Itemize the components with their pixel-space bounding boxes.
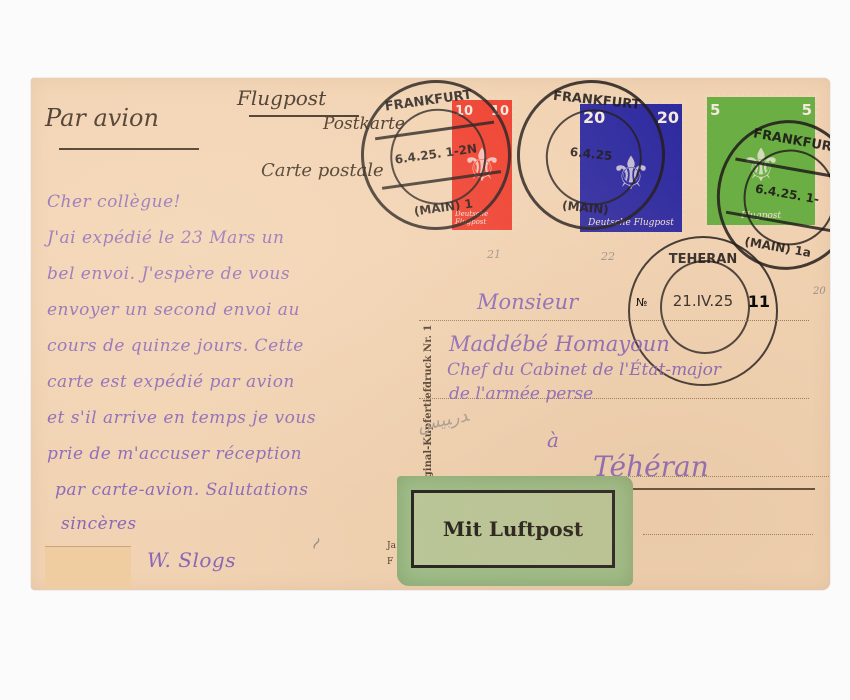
address-line2: Maddébé Homayoun bbox=[449, 332, 670, 356]
postmark-prefix: № bbox=[636, 296, 647, 309]
destination-prefix: à bbox=[547, 428, 559, 452]
airmail-label-text: Mit Luftpost bbox=[443, 517, 583, 541]
address-line bbox=[643, 534, 813, 535]
flugpost-note: Flugpost bbox=[237, 86, 326, 110]
signature: W. Slogs bbox=[147, 548, 236, 572]
stamp-value: 5 bbox=[710, 101, 720, 119]
message-line: envoyer un second envoi au bbox=[47, 300, 300, 320]
message-line: J'ai expédié le 23 Mars un bbox=[47, 228, 284, 248]
message-line: prie de m'accuser réception bbox=[47, 444, 302, 464]
postmark-number: 11 bbox=[748, 292, 770, 311]
postmark-city: TEHERAN bbox=[630, 252, 776, 267]
printer-small-line: F bbox=[387, 554, 396, 570]
stamp-value: 5 bbox=[802, 101, 812, 119]
message-line: Cher collègue! bbox=[47, 192, 181, 212]
pencil-number: 21 bbox=[487, 248, 501, 261]
address-line3: Chef du Cabinet de l'État-major bbox=[447, 360, 721, 380]
postmark-frankfurt: FRANKFURT 6.4.25 (MAIN) bbox=[510, 78, 673, 237]
message-line: et s'il arrive en temps je vous bbox=[47, 408, 316, 428]
printer-small-text: Ja F bbox=[387, 538, 396, 570]
message-line: cours de quinze jours. Cette bbox=[47, 336, 304, 356]
pencil-scribble: ~ bbox=[304, 532, 330, 556]
address-line1: Monsieur bbox=[477, 290, 578, 314]
message-line: bel envoi. J'espère de vous bbox=[47, 264, 290, 284]
torn-corner bbox=[45, 546, 131, 587]
pencil-number: 22 bbox=[601, 250, 615, 263]
message-line: sincères bbox=[61, 514, 137, 534]
message-line: par carte-avion. Salutations bbox=[55, 480, 308, 500]
airmail-label-frame: Mit Luftpost bbox=[411, 490, 615, 568]
address-line4: de l'armée perse bbox=[449, 384, 593, 404]
par-avion-underline bbox=[59, 148, 199, 150]
address-line bbox=[419, 320, 809, 321]
printer-imprint: Original-Kupfertiefdruck Nr. 1 bbox=[423, 325, 434, 496]
message-line: carte est expédié par avion bbox=[47, 372, 295, 392]
airmail-label: Mit Luftpost bbox=[397, 476, 633, 586]
pencil-number: 20 bbox=[813, 286, 826, 297]
postcard: Par avion Flugpost Postkarte Carte posta… bbox=[31, 78, 830, 590]
printer-small-line: Ja bbox=[387, 538, 396, 554]
par-avion-note: Par avion bbox=[45, 104, 159, 132]
